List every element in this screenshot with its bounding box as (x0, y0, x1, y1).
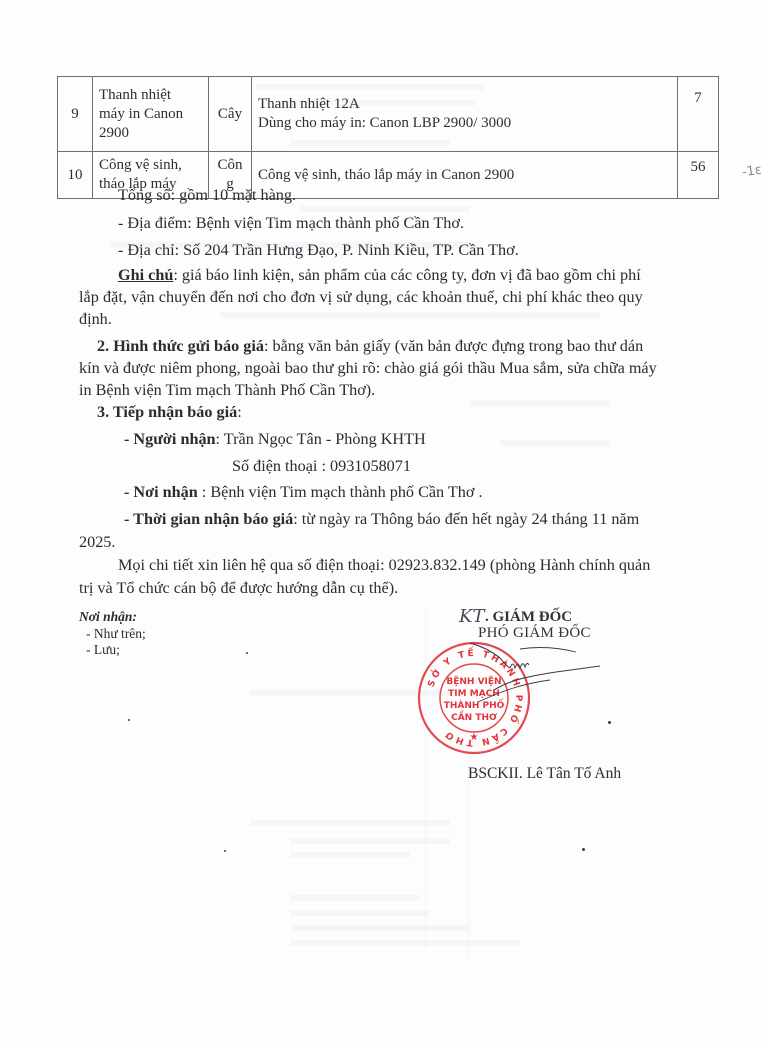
cell-no: 10 (58, 152, 93, 199)
place-label: - Nơi nhận (124, 483, 198, 501)
signature-title: . GIÁM ĐỐC (485, 609, 572, 626)
section-3-colon: : (237, 403, 242, 421)
kt-handwritten: KT (459, 606, 484, 627)
cell-quantity: 56 (678, 152, 719, 199)
note-label: Ghi chú (118, 266, 173, 284)
contact-line-1: Mọi chi tiết xin liên hệ qua số điện tho… (118, 556, 650, 575)
address: - Địa chỉ: Số 204 Trần Hưng Đạo, P. Ninh… (118, 241, 519, 260)
items-table: 9 Thanh nhiệt máy in Canon 2900 Cây Than… (57, 76, 719, 199)
cell-name-line: Thanh nhiệt (99, 86, 202, 105)
speck (246, 652, 248, 654)
cell-desc-line: Dùng cho máy in: Canon LBP 2900/ 3000 (258, 114, 671, 133)
cell-description: Thanh nhiệt 12A Dùng cho máy in: Canon L… (252, 77, 678, 152)
receiver-value: : Trần Ngọc Tân - Phòng KHTH (216, 430, 426, 448)
cell-no: 9 (58, 77, 93, 152)
receiving-year: 2025. (79, 533, 115, 552)
cell-name: Thanh nhiệt máy in Canon 2900 (93, 77, 209, 152)
document-page: 9 Thanh nhiệt máy in Canon 2900 Cây Than… (0, 0, 761, 1048)
table-row: 9 Thanh nhiệt máy in Canon 2900 Cây Than… (58, 77, 719, 152)
note-line-2: lắp đặt, vận chuyển đến nơi cho đơn vị s… (79, 288, 643, 307)
section-2-text: : bằng văn bản giấy (văn bản được đựng t… (264, 337, 643, 355)
cell-desc-line: Thanh nhiệt 12A (258, 95, 671, 114)
time-label: - Thời gian nhận báo giá (124, 510, 293, 528)
cell-name-line: 2900 (99, 124, 202, 143)
recipient-item: - Như trên; (86, 626, 146, 642)
svg-text:★: ★ (470, 732, 479, 743)
signer-name: BSCKII. Lê Tân Tố Anh (468, 765, 621, 783)
section-2-heading: 2. Hình thức gửi báo giá (97, 337, 264, 355)
speck (582, 848, 585, 851)
receiving-time: - Thời gian nhận báo giá: từ ngày ra Thô… (124, 510, 639, 529)
recipient-item: - Lưu; (86, 642, 120, 658)
receiver-phone: Số điện thoại : 0931058071 (232, 457, 411, 476)
note-line-3: định. (79, 310, 112, 329)
place-value: : Bệnh viện Tim mạch thành phố Cần Thơ . (198, 483, 483, 501)
handwritten-mark: -1ε (741, 163, 761, 181)
receiving-place: - Nơi nhận : Bệnh viện Tim mạch thành ph… (124, 483, 483, 502)
receiver-label: - Người nhận (124, 430, 216, 448)
section-3-heading: 3. Tiếp nhận báo giá (97, 403, 237, 421)
time-value: : từ ngày ra Thông báo đến hết ngày 24 t… (293, 510, 639, 528)
cell-name-line: máy in Canon (99, 105, 202, 124)
cell-unit: Cây (209, 77, 252, 152)
note-text: : giá báo linh kiện, sản phẩm của các cô… (173, 266, 640, 284)
section-2-line-1: 2. Hình thức gửi báo giá: bằng văn bản g… (97, 337, 643, 356)
speck (608, 721, 611, 724)
section-2-line-3: in Bệnh viện Tim mạch Thành Phố Cần Thơ)… (79, 381, 375, 400)
location: - Địa điểm: Bệnh viện Tim mạch thành phố… (118, 214, 464, 233)
total-items: Tổng số: gồm 10 mặt hàng. (118, 186, 296, 205)
cell-quantity: 7 (678, 77, 719, 152)
section-2-line-2: kín và được niêm phong, ngoài bao thư gh… (79, 359, 657, 378)
cell-unit-line: Côn (215, 156, 245, 175)
receiver: - Người nhận: Trần Ngọc Tân - Phòng KHTH (124, 430, 426, 449)
signature-strokes-icon (470, 640, 610, 720)
section-3-heading-line: 3. Tiếp nhận báo giá: (97, 403, 242, 422)
speck (128, 719, 130, 721)
note-line-1: Ghi chú: giá báo linh kiện, sản phẩm của… (118, 266, 641, 285)
handwritten-signature (470, 640, 610, 720)
contact-line-2: trị và Tổ chức cán bộ để được hướng dẫn … (79, 579, 398, 598)
cell-name-line: Công vệ sinh, (99, 156, 202, 175)
cell-description: Công vệ sinh, tháo lắp máy in Canon 2900 (252, 152, 678, 199)
recipients-label: Nơi nhận: (79, 609, 137, 625)
speck (224, 850, 226, 852)
